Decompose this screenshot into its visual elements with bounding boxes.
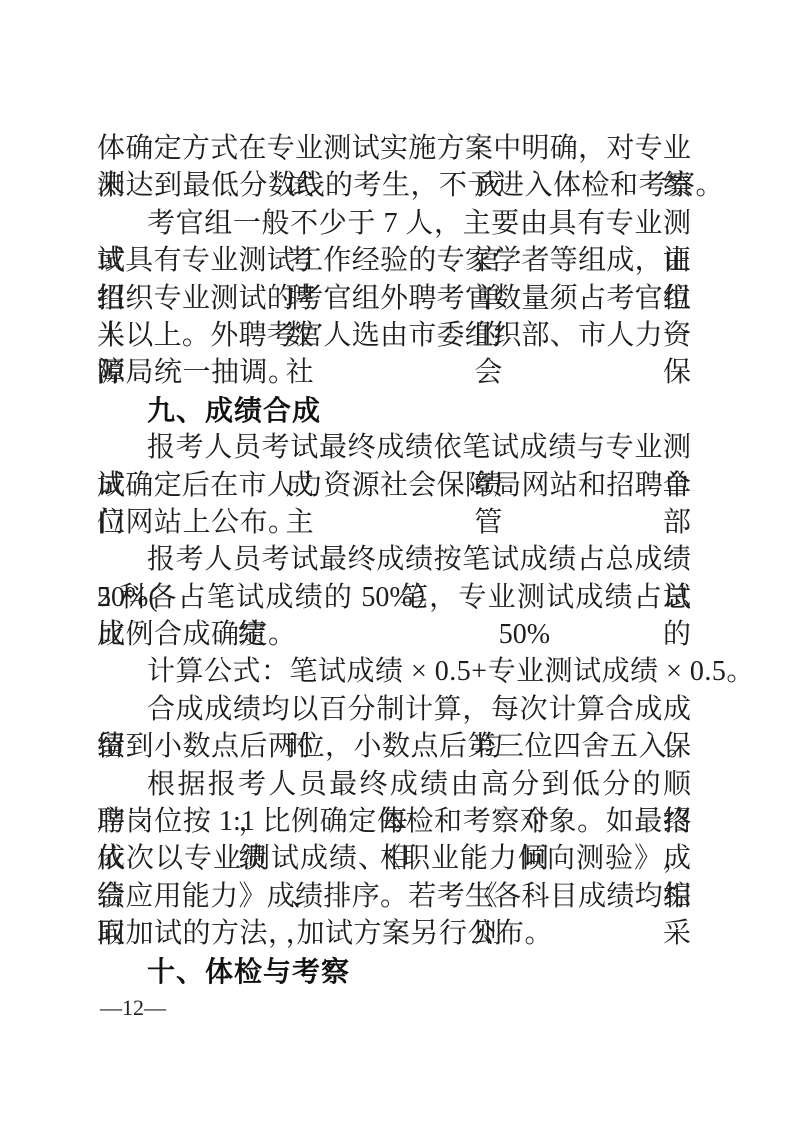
text-line: 报考人员考试最终成绩按笔试成绩占总成绩 50%( 笔试	[97, 541, 691, 578]
text-line: 体确定方式在专业测试实施方案中明确，对专业测试成绩	[97, 130, 691, 167]
text-line: 成确定后在市人力资源社会保障局网站和招聘单位主管部	[97, 467, 691, 504]
text-line: 考官组一般不少于 7 人，主要由具有专业测试考官证	[97, 205, 691, 242]
formula-line: 计算公式：笔试成绩 × 0.5+专业测试成绩 × 0.5。	[97, 653, 691, 690]
text-line: 或具有专业测试工作经验的专家学者等组成，由招聘单位	[97, 242, 691, 279]
document-text-block: 体确定方式在专业测试实施方案中明确，对专业测试成绩 未达到最低分数线的考生，不予…	[97, 130, 691, 990]
text-line: 聘岗位按 1:1 比例确定体检和考察对象。如最终成绩相同，	[97, 803, 691, 840]
document-page: 体确定方式在专业测试实施方案中明确，对专业测试成绩 未达到最低分数线的考生，不予…	[0, 0, 793, 1122]
text-line: 报考人员考试最终成绩依笔试成绩与专业测试成绩合	[97, 429, 691, 466]
section-heading: 十、体检与考察	[97, 953, 691, 990]
text-line: 未达到最低分数线的考生，不予进入体检和考察。	[97, 167, 691, 204]
text-line: 组织专业测试的考官组外聘考官数量须占考官组人数的一	[97, 280, 691, 317]
text-line: 半以上。外聘考官人选由市委组织部、市人力资源社会保	[97, 317, 691, 354]
page-number: —12—	[100, 995, 166, 1021]
text-line: 根据报考人员最终成绩由高分到低分的顺序，每个招	[97, 766, 691, 803]
text-line: 依次以专业测试成绩、《职业能力倾向测验》成绩、《综	[97, 840, 691, 877]
section-heading: 九、成绩合成	[97, 392, 691, 429]
text-line: 2 科各占笔试成绩的 50%），专业测试成绩占总成绩 50%的	[97, 579, 691, 616]
text-line: 合成成绩均以百分制计算，每次计算合成成绩时均保	[97, 691, 691, 728]
text-line: 留到小数点后两位，小数点后第三位四舍五入。	[97, 728, 691, 765]
text-line: 合应用能力》成绩排序。若考生各科目成绩均相同，则采	[97, 878, 691, 915]
